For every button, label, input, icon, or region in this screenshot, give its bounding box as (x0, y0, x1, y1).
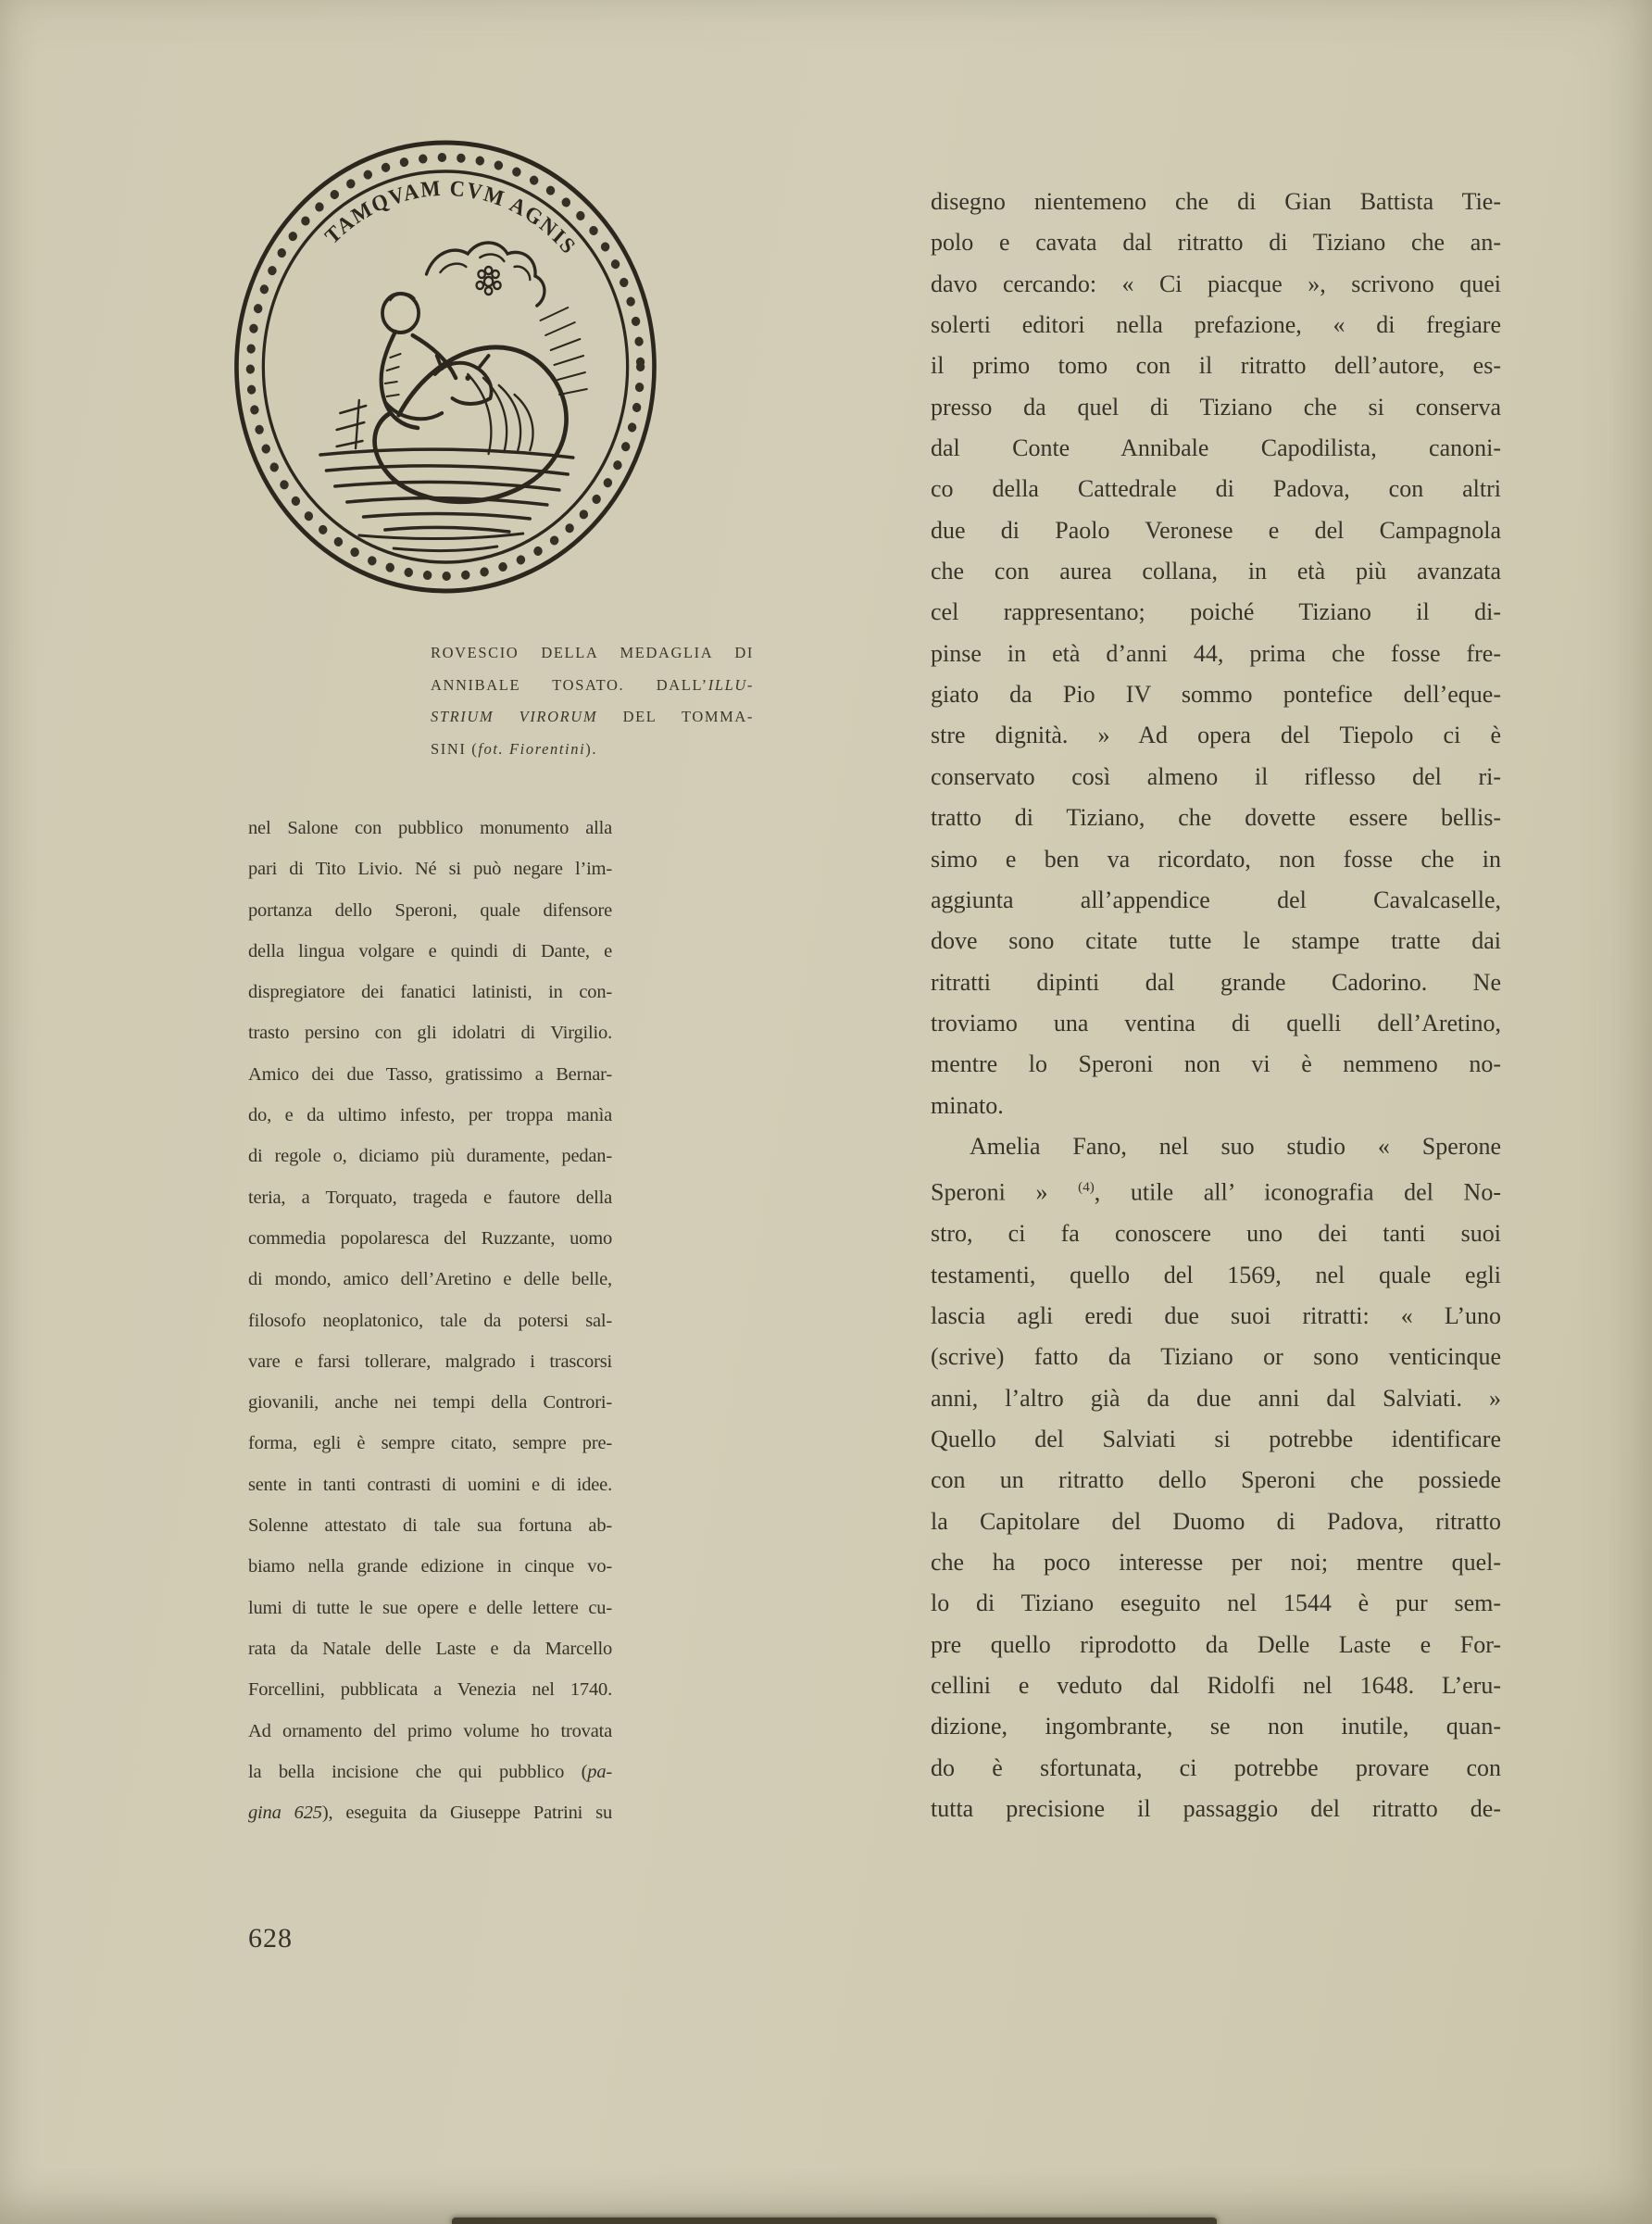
text-line: cellini e veduto dal Ridolfi nel 1648. L… (931, 1665, 1501, 1706)
text-line: giato da Pio IV sommo pontefice dell’equ… (931, 674, 1501, 715)
right-text-column: disegno nientemeno che di Gian Battista … (931, 182, 1501, 1829)
text-line: della lingua volgare e quindi di Dante, … (248, 931, 612, 972)
text-line: filosofo neoplatonico, tale da potersi s… (248, 1300, 612, 1341)
text-line: aggiunta all’appendice del Cavalcaselle, (931, 880, 1501, 921)
text-line: che con aurea collana, in età più avanza… (931, 551, 1501, 592)
text-line: il primo tomo con il ritratto dell’autor… (931, 346, 1501, 386)
text-line: due di Paolo Veronese e del Campagnola (931, 510, 1501, 551)
text-line: dal Conte Annibale Capodilista, canoni- (931, 428, 1501, 469)
text-line: co della Cattedrale di Padova, con altri (931, 469, 1501, 509)
text-line: la bella incisione che qui pubblico (pa- (248, 1752, 612, 1792)
text-line: Forcellini, pubblicata a Venezia nel 174… (248, 1669, 612, 1710)
text-line: anni, l’altro già da due anni dal Salvia… (931, 1378, 1501, 1419)
text-line: lo di Tiziano eseguito nel 1544 è pur se… (931, 1583, 1501, 1624)
text-line: lumi di tutte le sue opere e delle lette… (248, 1588, 612, 1628)
text-line: forma, egli è sempre citato, sempre pre- (248, 1423, 612, 1464)
text-line: pre quello riprodotto da Delle Laste e F… (931, 1625, 1501, 1665)
text-line: disegno nientemeno che di Gian Battista … (931, 182, 1501, 222)
text-line: rata da Natale delle Laste e da Marcello (248, 1628, 612, 1669)
text-line: ritratti dipinti dal grande Cadorino. Ne (931, 962, 1501, 1003)
text-line: con un ritratto dello Speroni che possie… (931, 1460, 1501, 1501)
scan-edge-shadow (452, 2218, 1217, 2224)
text-line: dove sono citate tutte le stampe tratte … (931, 921, 1501, 961)
text-line: tratto di Tiziano, che dovette essere be… (931, 798, 1501, 838)
medallion-scene (320, 243, 587, 551)
medallion-engraving: TAMQVAM CVM AGNIS (230, 135, 661, 598)
text-line: troviamo una ventina di quelli dell’Aret… (931, 1003, 1501, 1044)
text-line: ANNIBALE TOSATO. DALL’ILLU- (431, 670, 754, 702)
text-line: che ha poco interesse per noi; mentre qu… (931, 1542, 1501, 1583)
text-line: commedia popolaresca del Ruzzante, uomo (248, 1218, 612, 1259)
text-line: Amico dei due Tasso, gratissimo a Bernar… (248, 1054, 612, 1095)
text-line: Solenne attestato di tale sua fortuna ab… (248, 1505, 612, 1546)
book-page: { "page": { "number": "628", "paper_colo… (0, 0, 1652, 2224)
text-line: vare e farsi tollerare, malgrado i trasc… (248, 1341, 612, 1382)
text-line: sente in tanti contrasti di uomini e di … (248, 1464, 612, 1505)
text-line: polo e cavata dal ritratto di Tiziano ch… (931, 222, 1501, 263)
text-line: gina 625), eseguita da Giuseppe Patrini … (248, 1792, 612, 1833)
text-line: minato. (931, 1086, 1501, 1126)
text-line: (scrive) fatto da Tiziano or sono ventic… (931, 1337, 1501, 1377)
text-line: Quello del Salviati si potrebbe identifi… (931, 1419, 1501, 1460)
text-line: solerti editori nella prefazione, « di f… (931, 305, 1501, 346)
text-line: portanza dello Speroni, quale difensore (248, 890, 612, 931)
text-line: stro, ci fa conoscere uno dei tanti suoi (931, 1213, 1501, 1254)
text-line: do è sfortunata, ci potrebbe provare con (931, 1748, 1501, 1789)
text-line: testamenti, quello del 1569, nel quale e… (931, 1255, 1501, 1296)
page-number: 628 (248, 1923, 293, 1954)
left-text-column: nel Salone con pubblico monumento allapa… (248, 808, 612, 1833)
figure-caption: ROVESCIO DELLA MEDAGLIA DIANNIBALE TOSAT… (431, 637, 754, 765)
medallion-motto: TAMQVAM CVM AGNIS (320, 176, 581, 260)
text-line: presso da quel di Tiziano che si conserv… (931, 387, 1501, 428)
text-line: pari di Tito Livio. Né si può negare l’i… (248, 848, 612, 889)
text-line: pinse in età d’anni 44, prima che fosse … (931, 634, 1501, 674)
text-line: mentre lo Speroni non vi è nemmeno no- (931, 1044, 1501, 1085)
text-line: Speroni » (4), utile all’ iconografia de… (931, 1167, 1501, 1213)
text-line: tutta precisione il passaggio del ritrat… (931, 1789, 1501, 1829)
text-line: SINI (fot. Fiorentini). (431, 734, 754, 766)
text-line: giovanili, anche nei tempi della Contror… (248, 1382, 612, 1423)
text-line: di regole o, diciamo più duramente, peda… (248, 1136, 612, 1176)
text-line: dispregiatore dei fanatici latinisti, in… (248, 972, 612, 1012)
text-line: Ad ornamento del primo volume ho trovata (248, 1711, 612, 1752)
text-line: davo cercando: « Ci piacque », scrivono … (931, 264, 1501, 305)
text-line: la Capitolare del Duomo di Padova, ritra… (931, 1502, 1501, 1542)
text-line: simo e ben va ricordato, non fosse che i… (931, 839, 1501, 880)
text-line: Amelia Fano, nel suo studio « Sperone (931, 1126, 1501, 1167)
text-line: cel rappresentano; poiché Tiziano il di- (931, 592, 1501, 633)
text-line: conservato così almeno il riflesso del r… (931, 757, 1501, 798)
text-line: nel Salone con pubblico monumento alla (248, 808, 612, 848)
text-line: lascia agli eredi due suoi ritratti: « L… (931, 1296, 1501, 1337)
text-line: di mondo, amico dell’Aretino e delle bel… (248, 1259, 612, 1300)
text-line: dizione, ingombrante, se non inutile, qu… (931, 1706, 1501, 1747)
text-line: teria, a Torquato, trageda e fautore del… (248, 1177, 612, 1218)
text-line: do, e da ultimo infesto, per troppa manì… (248, 1095, 612, 1136)
text-line: trasto persino con gli idolatri di Virgi… (248, 1012, 612, 1053)
text-line: biamo nella grande edizione in cinque vo… (248, 1546, 612, 1587)
text-line: STRIUM VIRORUM DEL TOMMA- (431, 701, 754, 734)
text-line: stre dignità. » Ad opera del Tiepolo ci … (931, 715, 1501, 756)
text-line: ROVESCIO DELLA MEDAGLIA DI (431, 637, 754, 670)
medallion-rosette (477, 267, 501, 295)
